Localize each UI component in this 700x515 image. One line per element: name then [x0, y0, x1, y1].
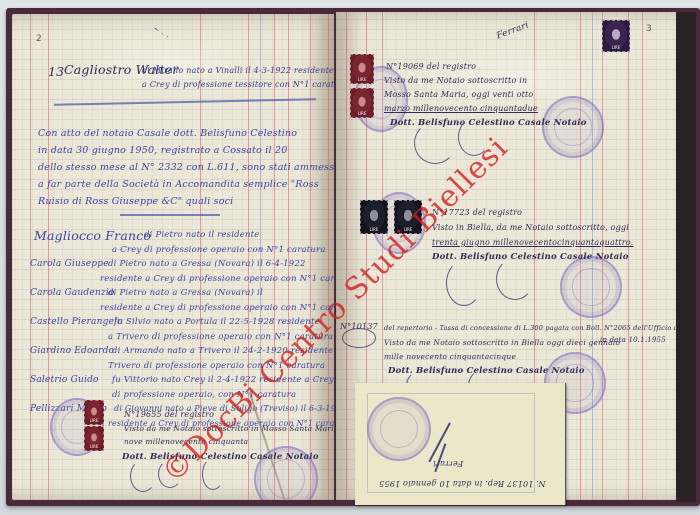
member-name: Magliocco Franco	[34, 228, 151, 243]
registration-line: mille novecento cinquantacinque	[384, 352, 516, 361]
paragraph-line: a far parte della Società in Accomandita…	[38, 179, 319, 190]
paragraph-line: in data 30 giugno 1950, registrato a Cos…	[38, 145, 288, 156]
page-number: 2	[36, 34, 42, 44]
registration-line: del repertorio - Tassa di concessione di…	[384, 324, 676, 332]
registration-line: Mosso Santa Maria, oggi venti otto	[384, 90, 533, 99]
revenue-stamp: LIRE	[360, 200, 388, 234]
pasted-receipt-slip: Ferrari N. 10137 Rep. in data 10 gennaio…	[355, 383, 566, 505]
revenue-stamp: LIRE	[84, 426, 104, 451]
notary-signature: Dott. Belisfuno Celestino Casale Notaio	[122, 452, 319, 462]
signature-flourish	[414, 122, 456, 164]
notary-seal	[560, 256, 622, 318]
slip-initial: Ferrari	[433, 459, 463, 468]
photo-background: 2 ~ - · 13 Cagliostro Walter di Mirallo …	[0, 0, 700, 515]
member-name: Carola Giuseppe	[30, 259, 109, 269]
member-line: residente a Crey di professione operaio …	[100, 274, 334, 284]
page-number: 3	[646, 24, 652, 34]
paragraph-line: Ruisio di Ross Giuseppe &C" quali soci	[38, 196, 233, 207]
member-line: di Pietro nato a Gressa (Novara) il 6-4-…	[108, 259, 306, 269]
signature-flourish	[446, 260, 482, 306]
registration-line: Visto da me Notaio sottoscritto in	[384, 76, 527, 85]
number-circle	[342, 328, 376, 348]
slip-text: N. 10137 Rep. in data 10 gennaio 1955	[379, 479, 546, 488]
member-line: di Pietro nato il residente	[144, 230, 260, 240]
registration-number: N°19069 del registro	[386, 62, 476, 71]
member-line: fu Silvio nato a Portula il 22-5-1928 re…	[114, 317, 320, 327]
cover-edge	[676, 12, 696, 502]
left-page: 2 ~ - · 13 Cagliostro Walter di Mirallo …	[12, 14, 334, 500]
notary-signature: Dott. Belisfuno Celestino Casale Notaio	[390, 118, 587, 128]
member-name: Castello Pierangelo	[30, 317, 123, 327]
member-name: Giardino Edoardo	[30, 346, 114, 356]
member-line: fu Vittorio nato Crey il 2-4-1922 reside…	[112, 375, 334, 385]
revenue-stamp: LIRE	[350, 54, 374, 84]
member-line: di Pietro nato a Gressa (Novara) il	[108, 288, 263, 298]
member-line: a Crey di professione operaio con N°1 ca…	[112, 245, 326, 255]
entry-number: 13	[48, 64, 64, 79]
signature-flourish	[496, 258, 534, 300]
top-initial: Ferrari	[495, 21, 530, 42]
revenue-stamp: LIRE	[350, 88, 374, 118]
header-divider	[54, 98, 316, 105]
registration-line: trenta giugno millenovecentocinquantaqua…	[432, 238, 633, 247]
revenue-stamp: LIRE	[602, 20, 630, 52]
registration-number: N°19655 del registro	[124, 410, 214, 419]
paragraph-line: Con atto del notaio Casale dott. Belisfu…	[38, 128, 297, 139]
member-name: Saletrio Guido	[30, 375, 99, 385]
member-name: Carola Gaudenzio	[30, 288, 115, 298]
office-seal	[367, 397, 431, 461]
revenue-stamp: LIRE	[84, 400, 104, 425]
registration-line: Visto da me Notaio sottoscritto in Biell…	[384, 338, 620, 347]
registration-line: marzo millenovecento cinquantadue	[384, 104, 538, 113]
paragraph-line: dello stesso mese al N° 2332 con L.611, …	[38, 162, 334, 173]
signature-flourish	[130, 460, 156, 492]
header-line-2: a Crey di professione tessitore con N°1 …	[142, 80, 334, 89]
registration-line: Visto in Biella, da me Notaio sottoscrit…	[432, 223, 629, 232]
header-line-1: di Mirallo nato a Vinalli il 4-3-1922 re…	[142, 66, 334, 75]
member-line: residente a Crey di professione operaio …	[100, 303, 334, 313]
paragraph-divider	[120, 214, 220, 216]
